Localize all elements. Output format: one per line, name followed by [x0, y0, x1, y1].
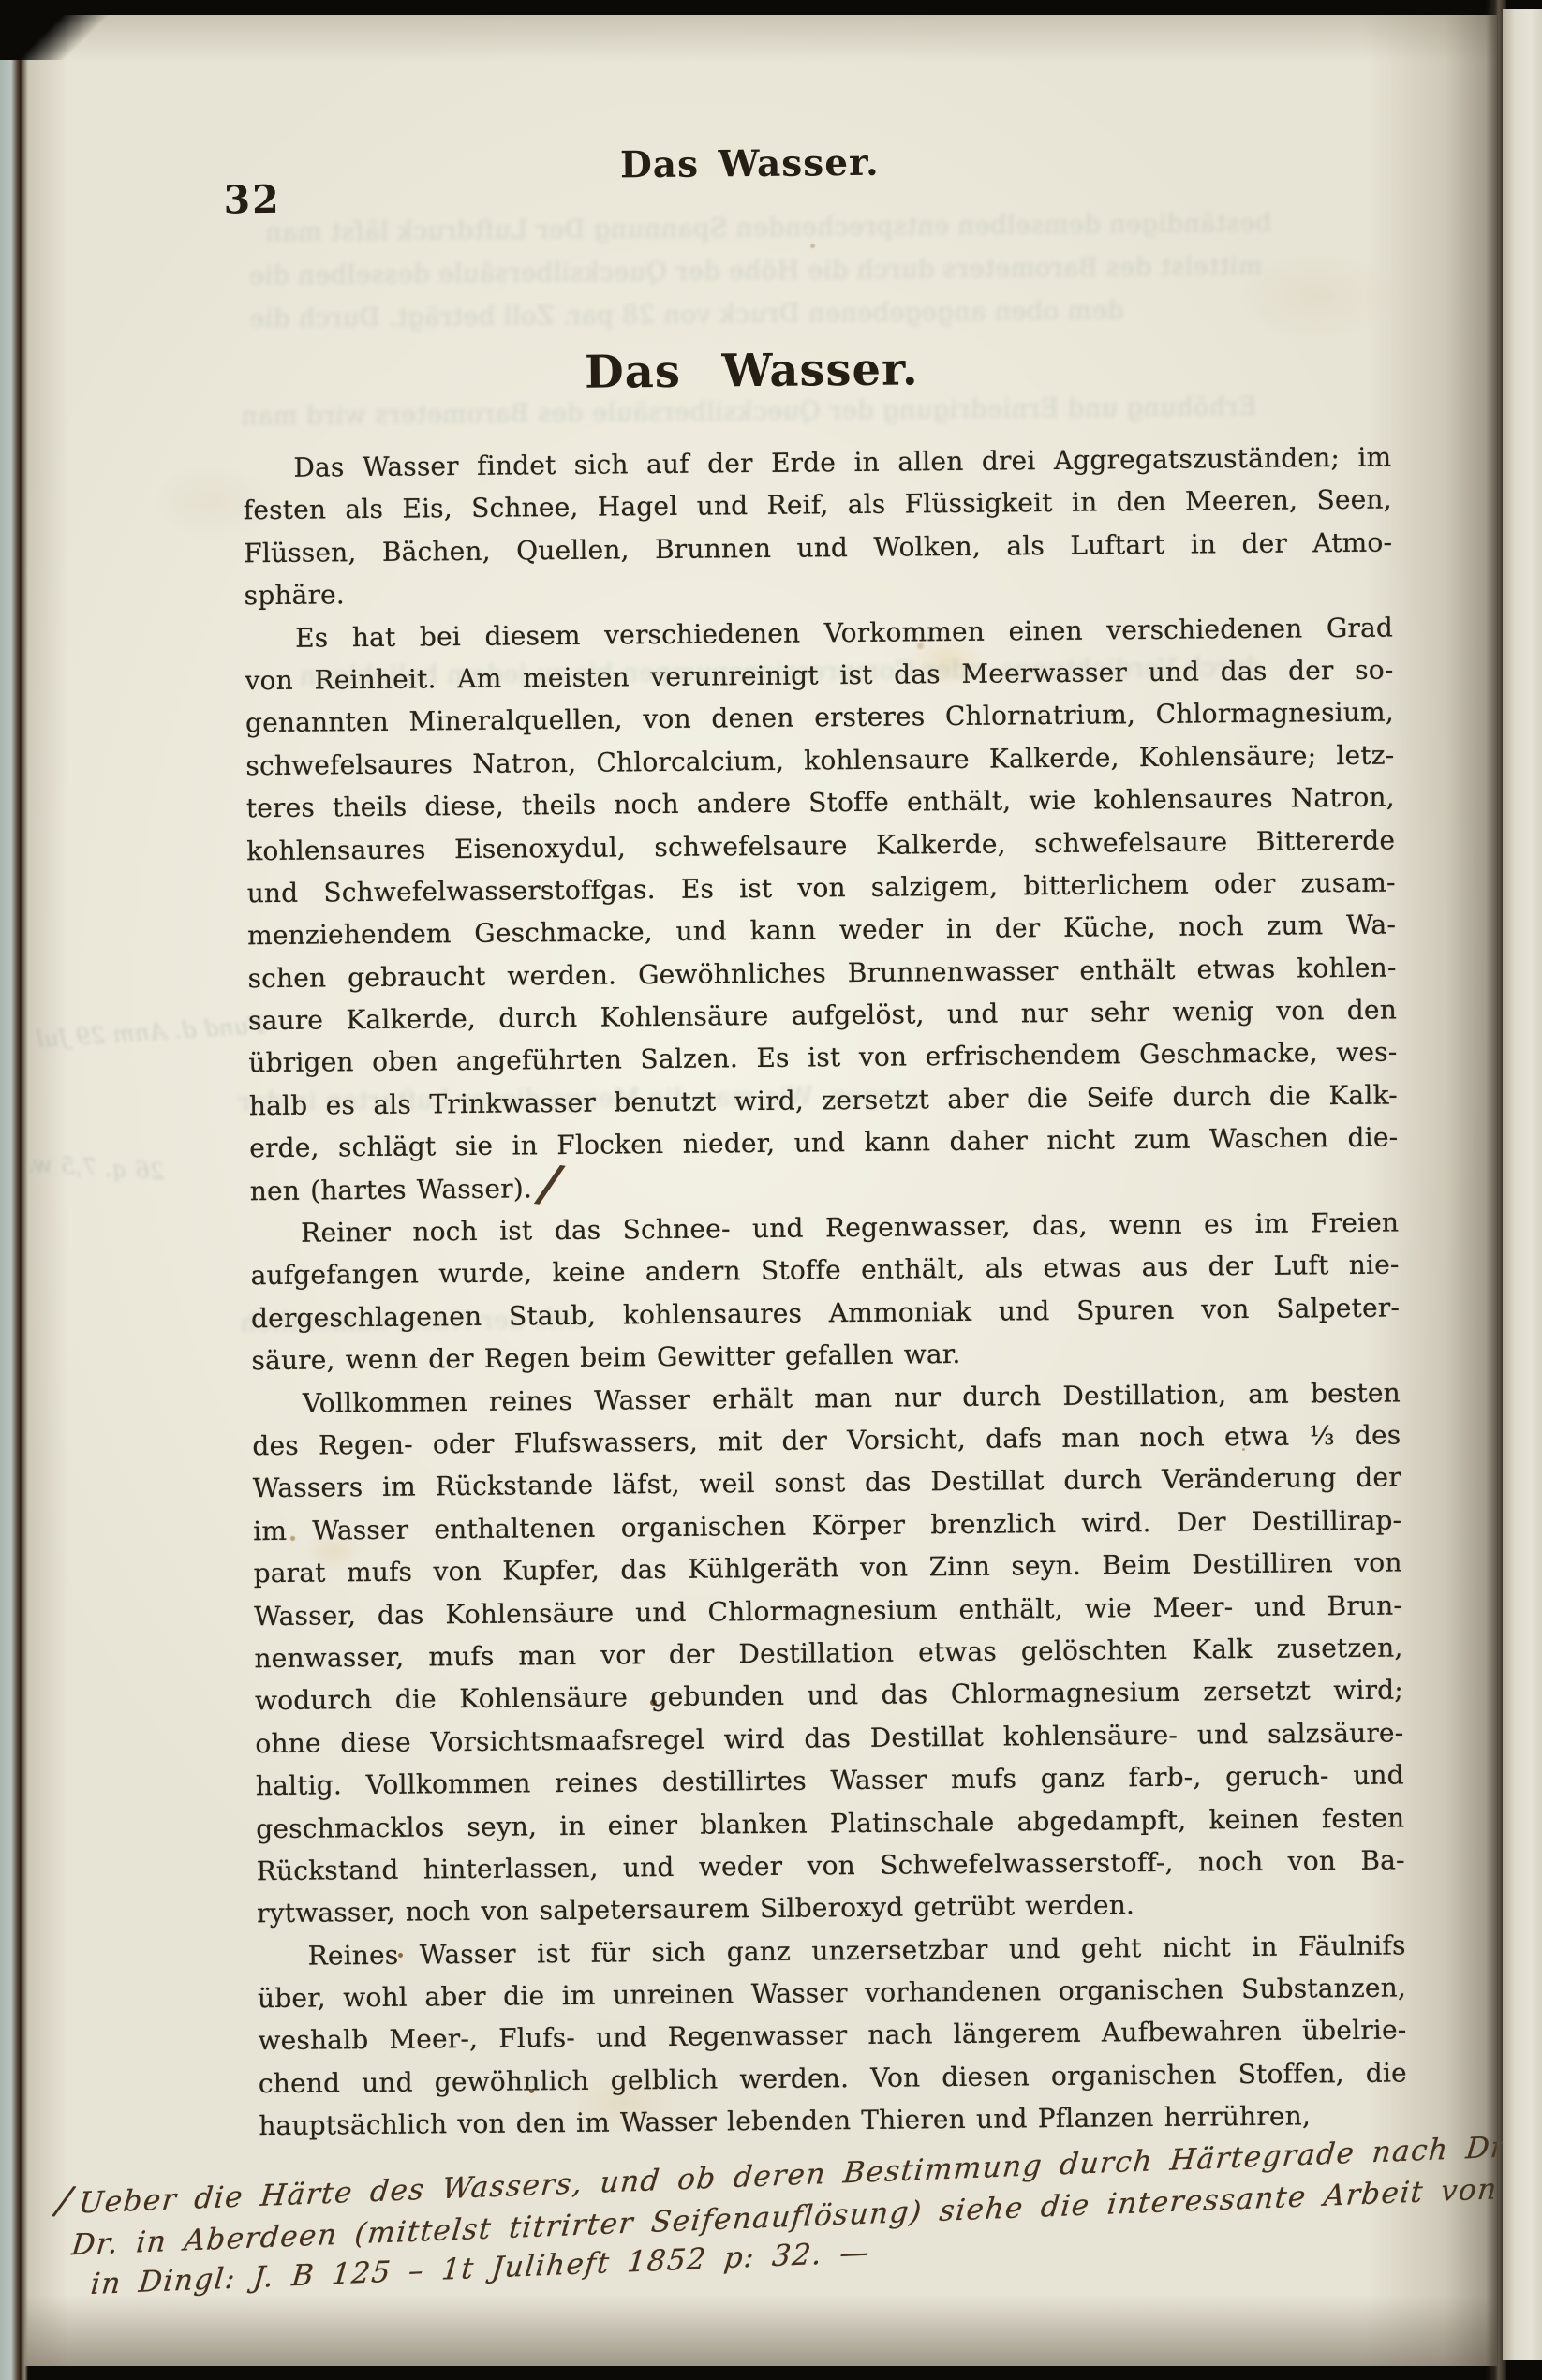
- note-reference-mark: ∕: [53, 2179, 76, 2223]
- scan-corner-top-left: [0, 0, 112, 60]
- bleedthrough-handwriting: 26 q. 7,5 w.: [27, 1150, 165, 1185]
- bleedthrough-line: mittelst des Barometers durch die Höhe d…: [248, 252, 1262, 290]
- bleedthrough-line: beständigen demselben entsprechenden Spa…: [265, 209, 1272, 247]
- scan-edge-left: [0, 0, 28, 2380]
- adjacent-page-edge: [1503, 9, 1542, 2360]
- section-heading: Das Wasser.: [15, 338, 1488, 405]
- text-block: Das Wasser findet sich auf der Erde in a…: [243, 436, 1407, 2147]
- running-head: Das Wasser.: [13, 136, 1486, 193]
- handwritten-note-line: Dr. in Aberdeen (mittelst titrirter Seif…: [70, 2166, 1542, 2262]
- scanned-page: beständigen demselben entsprechenden Spa…: [0, 0, 1542, 2380]
- bleedthrough-line: dem oben angegebenen Druck von 28 par. Z…: [249, 296, 1124, 333]
- handwritten-slash-mark: ∕: [540, 1173, 560, 1193]
- page-content: beständigen demselben entsprechenden Spa…: [12, 8, 1507, 2373]
- bleedthrough-handwriting: Fund d. Anm 29 Jul: [36, 1013, 266, 1053]
- book-page: beständigen demselben entsprechenden Spa…: [24, 15, 1497, 2366]
- handwritten-note-line: in Dingl: J. B 125 – 1t Juliheft 1852 p:…: [89, 2236, 872, 2301]
